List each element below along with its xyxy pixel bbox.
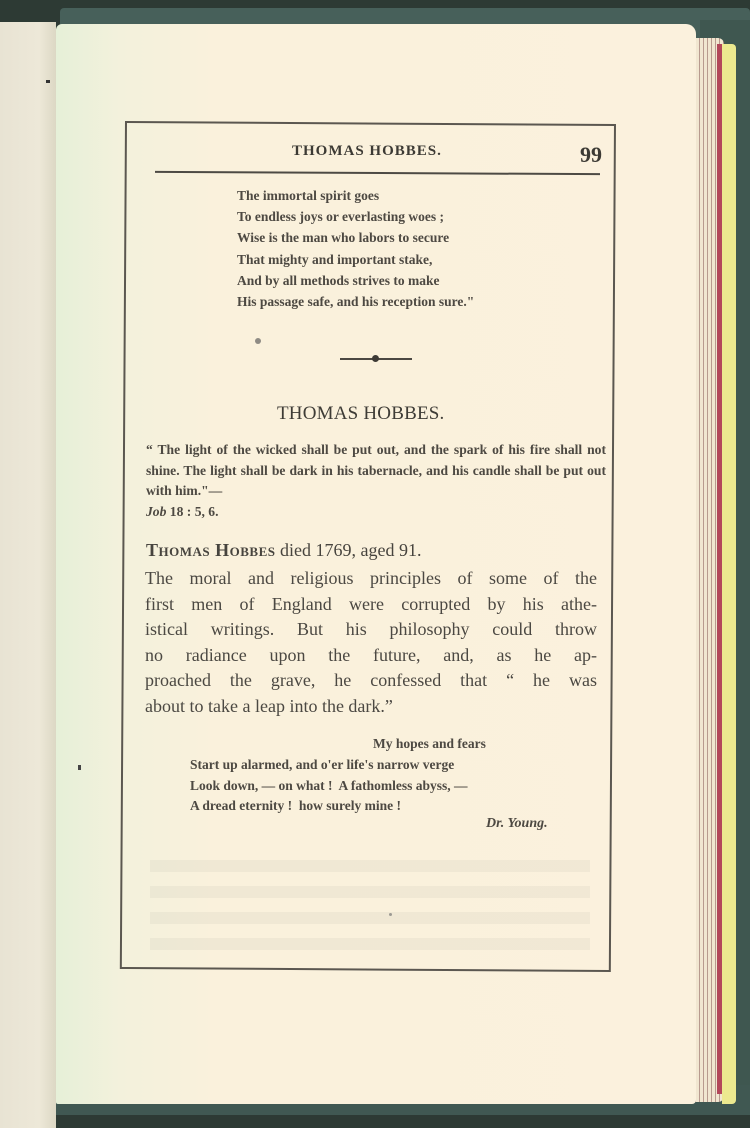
lead-sentence: Thomas Hobbes died 1769, aged 91. xyxy=(146,540,421,561)
opening-poem: The immortal spirit goes To endless joys… xyxy=(237,185,474,312)
ink-speck xyxy=(46,80,50,83)
running-head: THOMAS HOBBES. xyxy=(292,143,442,160)
divider-dot-icon xyxy=(372,355,379,362)
poem-line: To endless joys or everlasting woes ; xyxy=(237,209,444,224)
body-line: The moral and religious principles of so… xyxy=(145,566,597,592)
body-line: proached the grave, he confessed that “ … xyxy=(145,668,597,694)
subject-name: Thomas Hobbes xyxy=(146,540,275,560)
poem-line: And by all methods strives to make xyxy=(237,273,440,288)
ink-speck xyxy=(389,913,392,916)
epigraph: “ The light of the wicked shall be put o… xyxy=(146,440,606,522)
poem-line: A dread eternity ! how surely mine ! xyxy=(190,798,401,813)
epigraph-citation-ref: 18 : 5, 6. xyxy=(166,504,218,519)
epigraph-citation-book: Job xyxy=(146,504,166,519)
page-number: 99 xyxy=(580,142,602,168)
body-paragraph: The moral and religious principles of so… xyxy=(145,566,597,720)
body-line: about to take a leap into the dark.” xyxy=(145,694,597,720)
poem-line: His passage safe, and his reception sure… xyxy=(237,294,474,309)
body-line: first men of England were corrupted by h… xyxy=(145,592,597,618)
poem-line: Start up alarmed, and o'er life's narrow… xyxy=(190,757,454,772)
poem-line: Wise is the man who labors to secure xyxy=(237,230,449,245)
body-line: istical writings. But his philosophy cou… xyxy=(145,617,597,643)
epigraph-text: “ The light of the wicked shall be put o… xyxy=(146,442,606,498)
poem-line: My hopes and fears xyxy=(190,736,486,751)
poem-attribution: Dr. Young. xyxy=(486,816,548,832)
lead-rest: died 1769, aged 91. xyxy=(275,540,421,560)
poem-line: That mighty and important stake, xyxy=(237,252,432,267)
poem-line: The immortal spirit goes xyxy=(237,188,379,203)
ink-speck xyxy=(78,765,81,770)
left-page-edge xyxy=(0,22,56,1128)
yellow-endpaper-edge xyxy=(722,44,736,1104)
body-line: no radiance upon the future, and, as he … xyxy=(145,643,597,669)
section-title: THOMAS HOBBES. xyxy=(277,403,445,425)
poem-line: Look down, — on what ! A fathomless abys… xyxy=(190,778,468,793)
closing-poem: My hopes and fears Start up alarmed, and… xyxy=(190,734,486,817)
ink-speck xyxy=(255,338,261,344)
